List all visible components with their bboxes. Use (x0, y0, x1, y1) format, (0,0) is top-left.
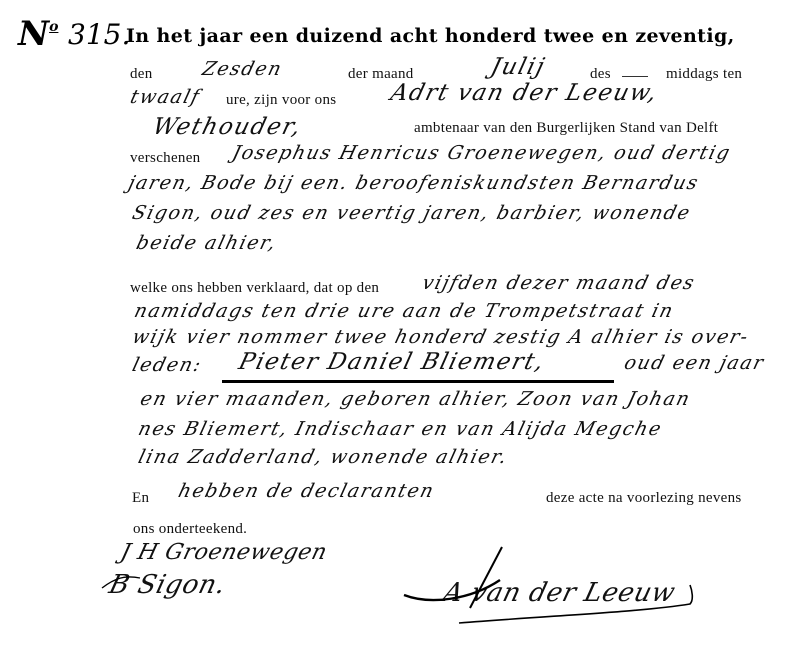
number-sign-letter: N (18, 14, 49, 54)
blank-dash (622, 76, 648, 77)
deceased-name-underline (222, 380, 614, 383)
printed-den: den (130, 66, 153, 83)
handwritten-mother-surname: lina Zadderland, wonende alhier. (136, 446, 510, 468)
handwritten-age-and-parent: en vier maanden, geboren alhier, Zoon va… (138, 388, 693, 410)
signature-declarant-1: J H Groenewegen (118, 540, 330, 565)
handwritten-father-and-mother: nes Bliemert, Indischaar en van Alijda M… (136, 418, 665, 440)
headline: In het jaar een duizend acht honderd twe… (126, 25, 735, 47)
handwritten-declarant-1: Josephus Henricus Groenewegen, oud derti… (230, 142, 733, 164)
handwritten-address: wijk vier nommer twee honderd zestig A a… (130, 326, 752, 348)
handwritten-overleden: leden: (130, 354, 204, 376)
signature-declarant-2: B Sigon. (106, 570, 229, 600)
handwritten-hour: twaalf (128, 86, 203, 108)
printed-en: En (132, 490, 149, 507)
printed-deze-acte-na-voorlezing: deze acte na voorlezing nevens (546, 490, 742, 507)
printed-middags-ten: middags ten (666, 66, 742, 83)
handwritten-declarant-2: Sigon, oud zes en veertig jaren, barbier… (130, 202, 693, 224)
number-sign-superscript: o (49, 19, 58, 35)
printed-ons-onderteekend: ons onderteekend. (133, 521, 247, 538)
handwritten-date-of-death: vijfden dezer maand des (420, 272, 698, 294)
death-record-document: No 315. In het jaar een duizend acht hon… (0, 0, 800, 650)
handwritten-time-and-place: namiddags ten drie ure aan de Trompetstr… (132, 300, 676, 322)
signature-registrar: A van der Leeuw (440, 578, 678, 608)
handwritten-official-title: Wethouder, (150, 114, 305, 140)
handwritten-month: Julij (488, 54, 548, 80)
handwritten-day: Zesden (200, 58, 285, 80)
handwritten-deceased-name: Pieter Daniel Bliemert, (236, 349, 548, 375)
printed-ure-zijn-voor-ons: ure, zijn voor ons (226, 92, 336, 109)
handwritten-declarant-1-occupation: jaren, Bode bij een. beroofeniskundsten … (126, 172, 701, 194)
handwritten-deceased-age: oud een jaar (622, 352, 767, 374)
printed-registrar-of-delft: ambtenaar van den Burgerlijken Stand van… (414, 120, 718, 137)
printed-welke-ons-hebben-verklaard: welke ons hebben verklaard, dat op den (130, 280, 379, 297)
handwritten-official-name: Adrt van der Leeuw, (388, 80, 661, 106)
handwritten-residence: beide alhier, (134, 232, 279, 254)
act-number: 315. (68, 18, 130, 51)
number-sign: No (18, 14, 58, 54)
printed-verschenen: verschenen (130, 150, 200, 167)
handwritten-declarants-phrase: hebben de declaranten (176, 480, 437, 502)
